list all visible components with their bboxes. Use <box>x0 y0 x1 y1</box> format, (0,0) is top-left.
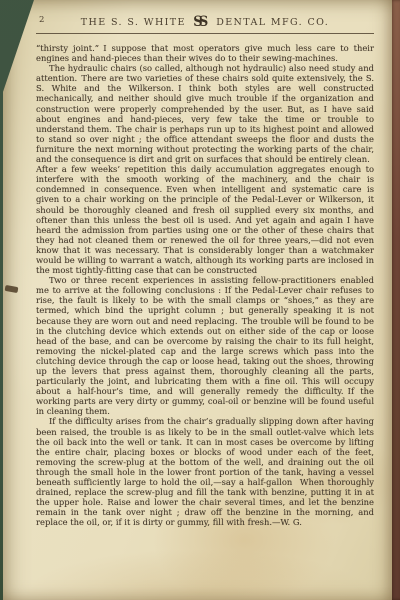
header-title-left: THE S. S. WHITE <box>81 17 186 28</box>
paragraph: The hydraulic chairs (so called, althoug… <box>36 63 374 275</box>
book-page-scan: 2 THE S. S. WHITE SS DENTAL MFG. CO. “th… <box>0 0 400 600</box>
paper-page: 2 THE S. S. WHITE SS DENTAL MFG. CO. “th… <box>3 0 392 600</box>
paragraph: If the difficulty arises from the chair’… <box>36 416 374 527</box>
header-title-right: DENTAL MFG. CO. <box>216 17 329 28</box>
page-number: 2 <box>39 15 44 25</box>
header-rule-divider <box>36 33 374 34</box>
running-header: 2 THE S. S. WHITE SS DENTAL MFG. CO. <box>36 10 374 34</box>
page-content: 2 THE S. S. WHITE SS DENTAL MFG. CO. “th… <box>36 10 374 528</box>
body-text: “thirsty joint.” I suppose that most ope… <box>36 43 374 528</box>
page-edge-nick <box>5 285 19 293</box>
paragraph: Two or three recent experiences in assis… <box>36 275 374 416</box>
ss-white-monogram-icon: SS <box>193 15 205 31</box>
paragraph: “thirsty joint.” I suppose that most ope… <box>36 43 374 63</box>
